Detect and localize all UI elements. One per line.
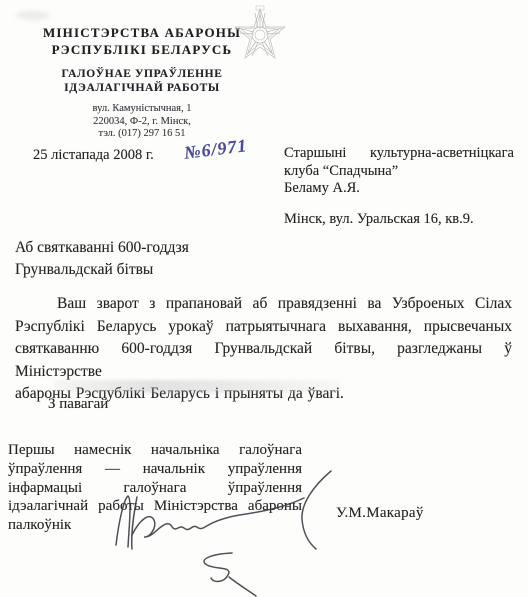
signer-title-block: Першы намеснік начальніка галоўнага ўпра… [8, 441, 302, 535]
subject-line1: Аб святкаванні 600-годдзя [15, 237, 245, 259]
scan-artifact-smudge [16, 11, 50, 20]
letterhead-city: 220034, Ф-2, г. Мінск, [18, 116, 266, 129]
recipient-title-line1: Старшыні культурна-асветніцкага [284, 145, 514, 163]
recipient-address: Мінск, вул. Уральская 16, кв.9. [284, 211, 514, 229]
signer-title-line: ідэалагічнай работы Міністэрства абароны [8, 497, 302, 516]
recipient-block: Старшыні культурна-асветніцкага клуба “С… [284, 145, 514, 228]
recipient-title-line2: клуба “Спадчына” [284, 163, 514, 181]
body-line: святкаванню 600-годдзя Грунвальдскай біт… [15, 338, 512, 383]
signer-title-line: ўпраўлення — начальнік упраўлення [8, 460, 302, 479]
recipient-name: Беламу А.Я. [284, 180, 514, 198]
subject-block: Аб святкаванні 600-годдзя Грунвальдскай … [15, 237, 245, 281]
letterhead-street: вул. Камуністычная, 1 [18, 103, 266, 116]
department-name-line1: ГАЛОЎНАЕ УПРАЎЛЕННЕ [18, 67, 266, 81]
scan-artifact-band [55, 380, 340, 393]
closing-salutation: З павагай [48, 396, 108, 413]
department-name-line2: ІДЭАЛАГІЧНАЙ РАБОТЫ [18, 81, 266, 95]
body-line: Ваш зварот з прапановай аб правядзенні в… [15, 293, 512, 316]
signer-title-line: інфармацыі галоўнага ўпраўлення [8, 479, 302, 498]
body-line: Рэспублікі Беларусь урокаў патрыятычнага… [15, 316, 512, 339]
signer-name: У.М.Макараў [336, 505, 424, 522]
scanned-letter: МІНІСТЭРСТВА АБАРОНЫ РЭСПУБЛІКІ БЕЛАРУСЬ… [0, 0, 528, 597]
signer-title-line: Першы намеснік начальніка галоўнага [8, 441, 302, 460]
ministry-emblem-icon [228, 5, 292, 67]
signer-rank: палкоўнік [8, 516, 302, 535]
letter-date: 25 лістапада 2008 г. [33, 147, 154, 164]
subject-line2: Грунвальдскай бітвы [15, 259, 245, 281]
